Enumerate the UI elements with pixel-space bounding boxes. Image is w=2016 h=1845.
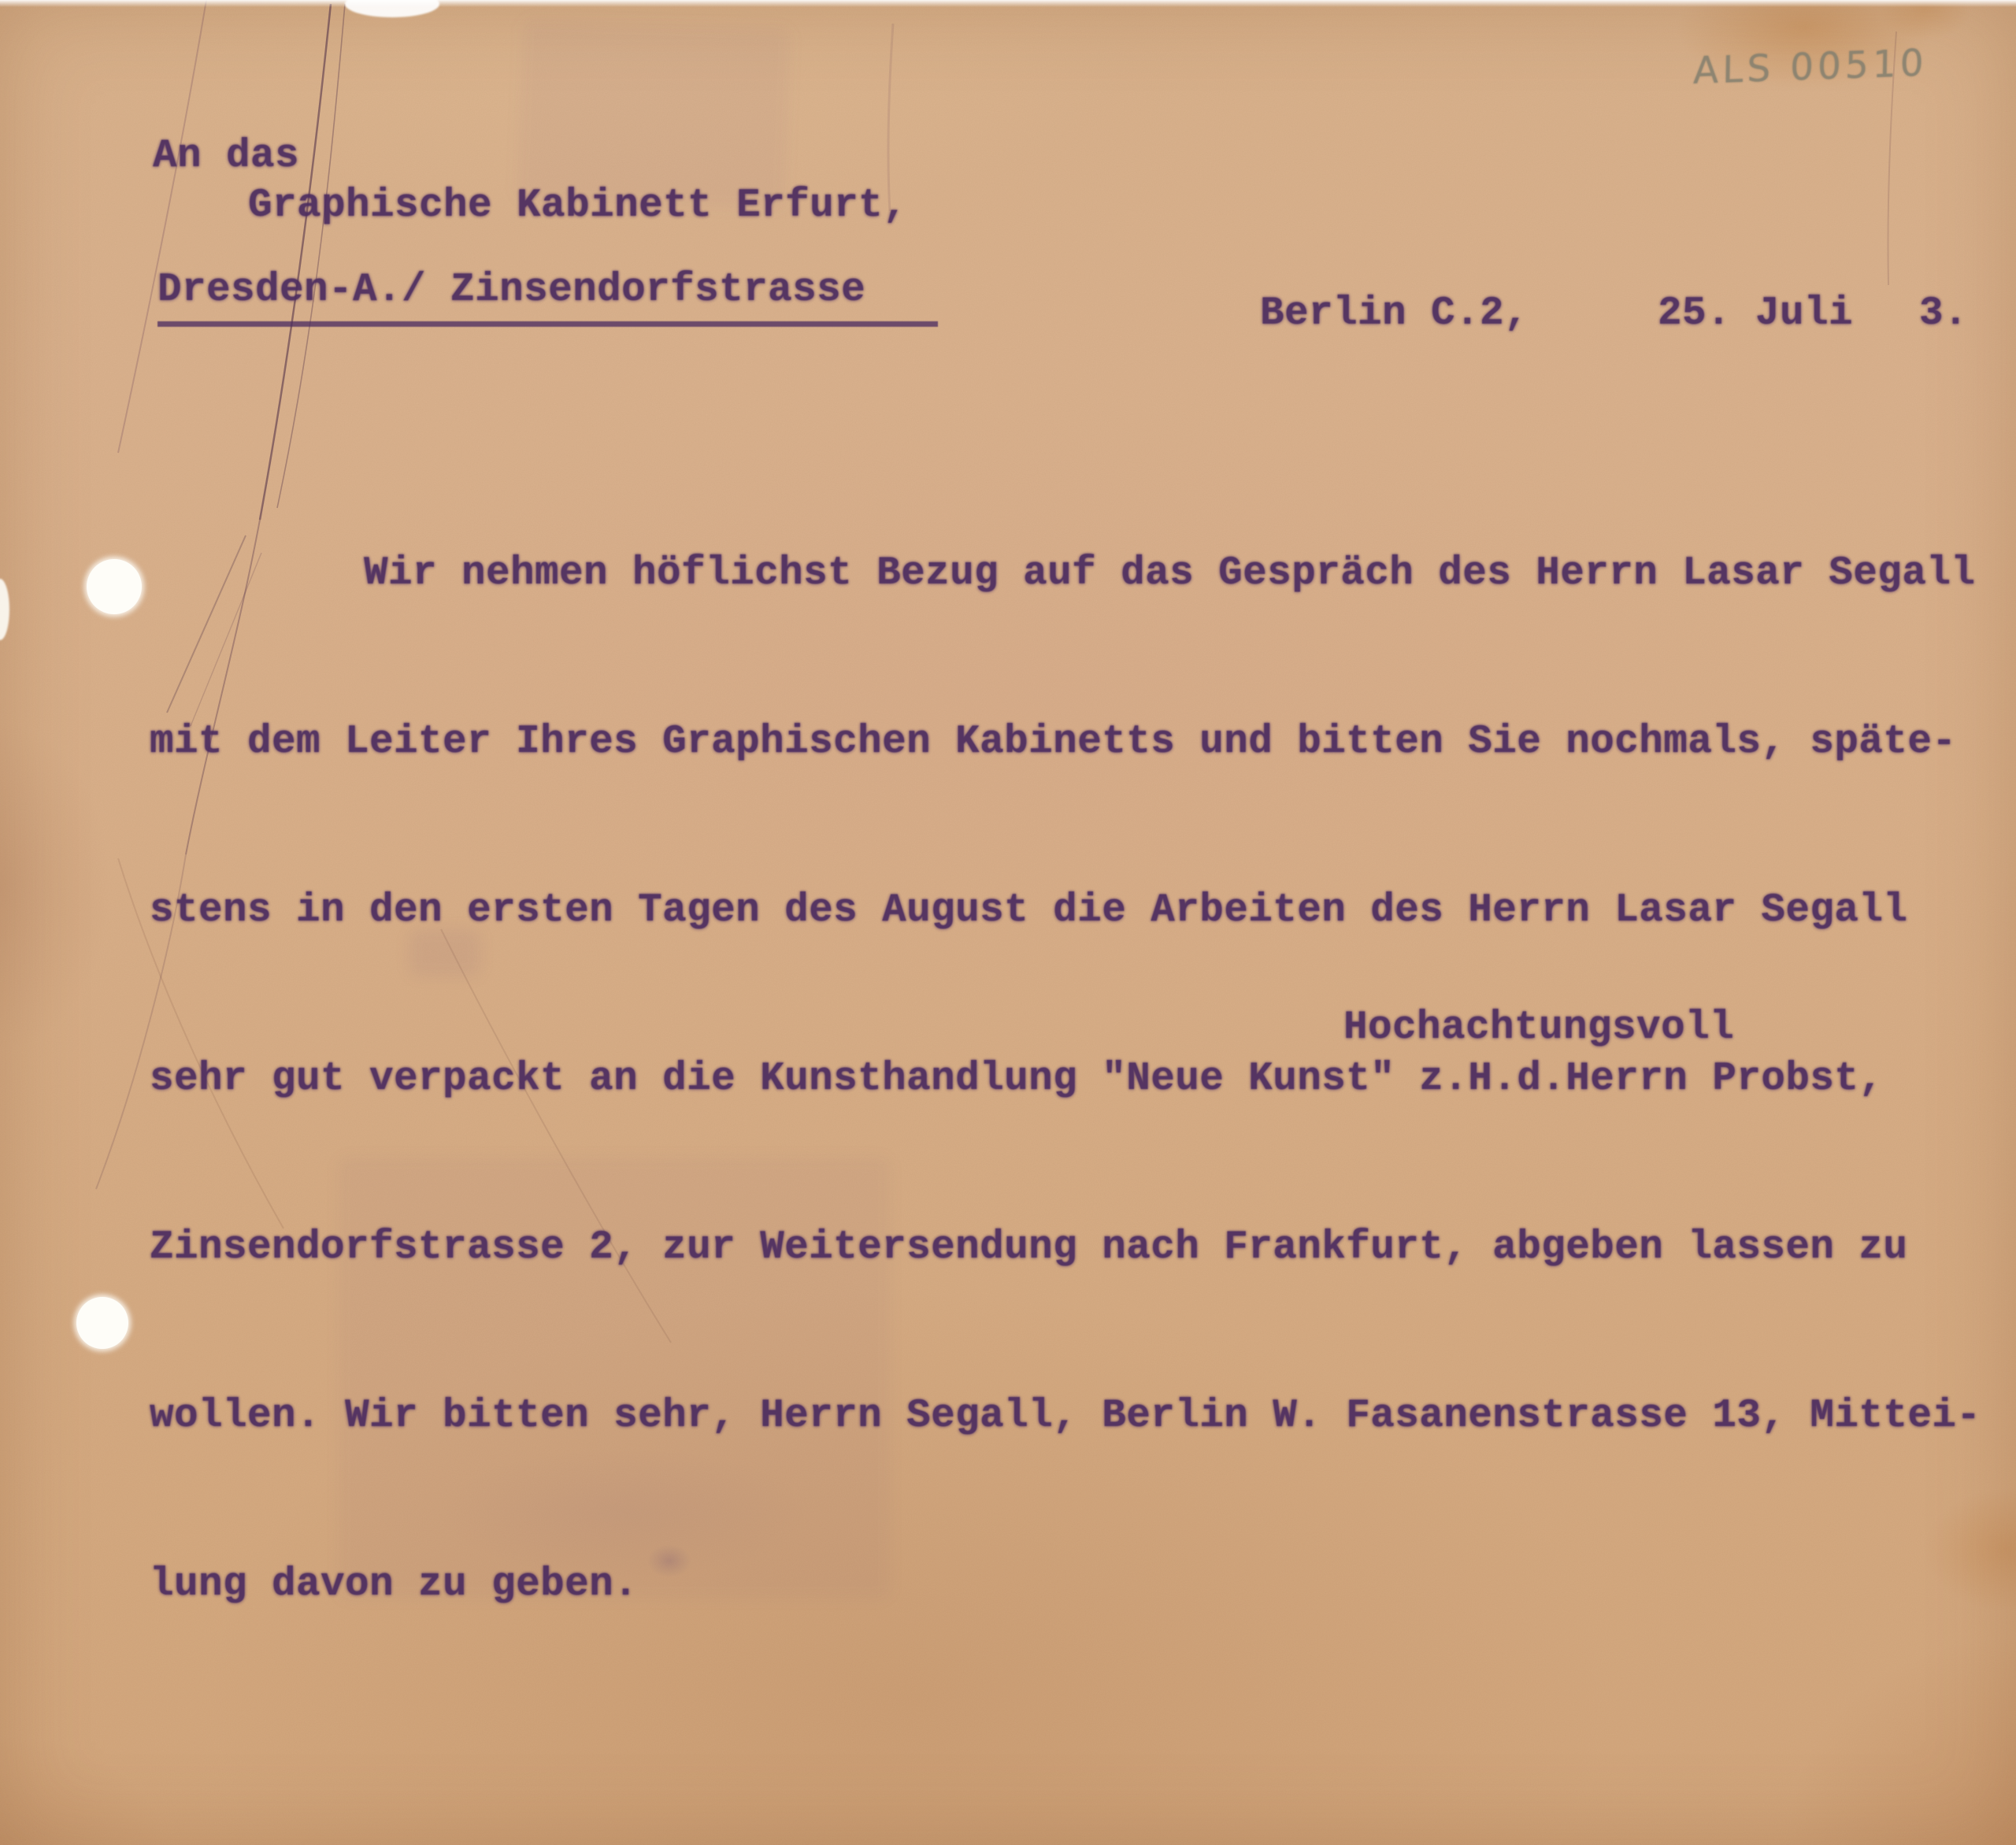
letter-body: Wir nehmen höflichst Bezug auf das Gespr… — [150, 445, 2008, 1714]
recipient-name: Graphische Kabinett Erfurt, — [248, 183, 907, 228]
ghost-impression — [517, 19, 791, 209]
body-line-4: sehr gut verpackt an die Kunsthandlung "… — [150, 1040, 2008, 1119]
body-line-6: wollen. Wir bitten sehr, Herrn Segall, B… — [150, 1377, 2008, 1456]
dateline-place: Berlin C.2, — [1260, 291, 1529, 336]
body-line-7: lung davon zu geben. — [150, 1546, 2008, 1625]
scanned-letter-page: ALS 00510 An das Graphische Kabinett Erf… — [0, 0, 2016, 1845]
recipient-salutation: An das — [153, 134, 299, 179]
scan-left-edge-nick — [0, 579, 9, 640]
punch-hole-bottom — [76, 1297, 128, 1349]
body-line-5: Zinsendorfstrasse 2, zur Weitersendung n… — [150, 1209, 2008, 1287]
body-line-2: mit dem Leiter Ihres Graphischen Kabinet… — [150, 703, 2008, 782]
dateline-year: 3. — [1919, 291, 1968, 336]
body-line-3: stens in den ersten Tagen des August die… — [150, 872, 2008, 950]
dateline-date: 25. Juli — [1658, 291, 1853, 336]
punch-hole-top — [87, 559, 142, 614]
closing-salutation: Hochachtungsvoll — [1343, 1006, 1734, 1050]
body-line-1: Wir nehmen höflichst Bezug auf das Gespr… — [150, 535, 2008, 613]
scan-top-edge — [0, 0, 2016, 7]
recipient-address-underlined: Dresden-A./ Zinsendorfstrasse — [157, 268, 938, 327]
scan-top-notch — [345, 0, 439, 17]
archive-code-annotation: ALS 00510 — [1693, 42, 1928, 93]
